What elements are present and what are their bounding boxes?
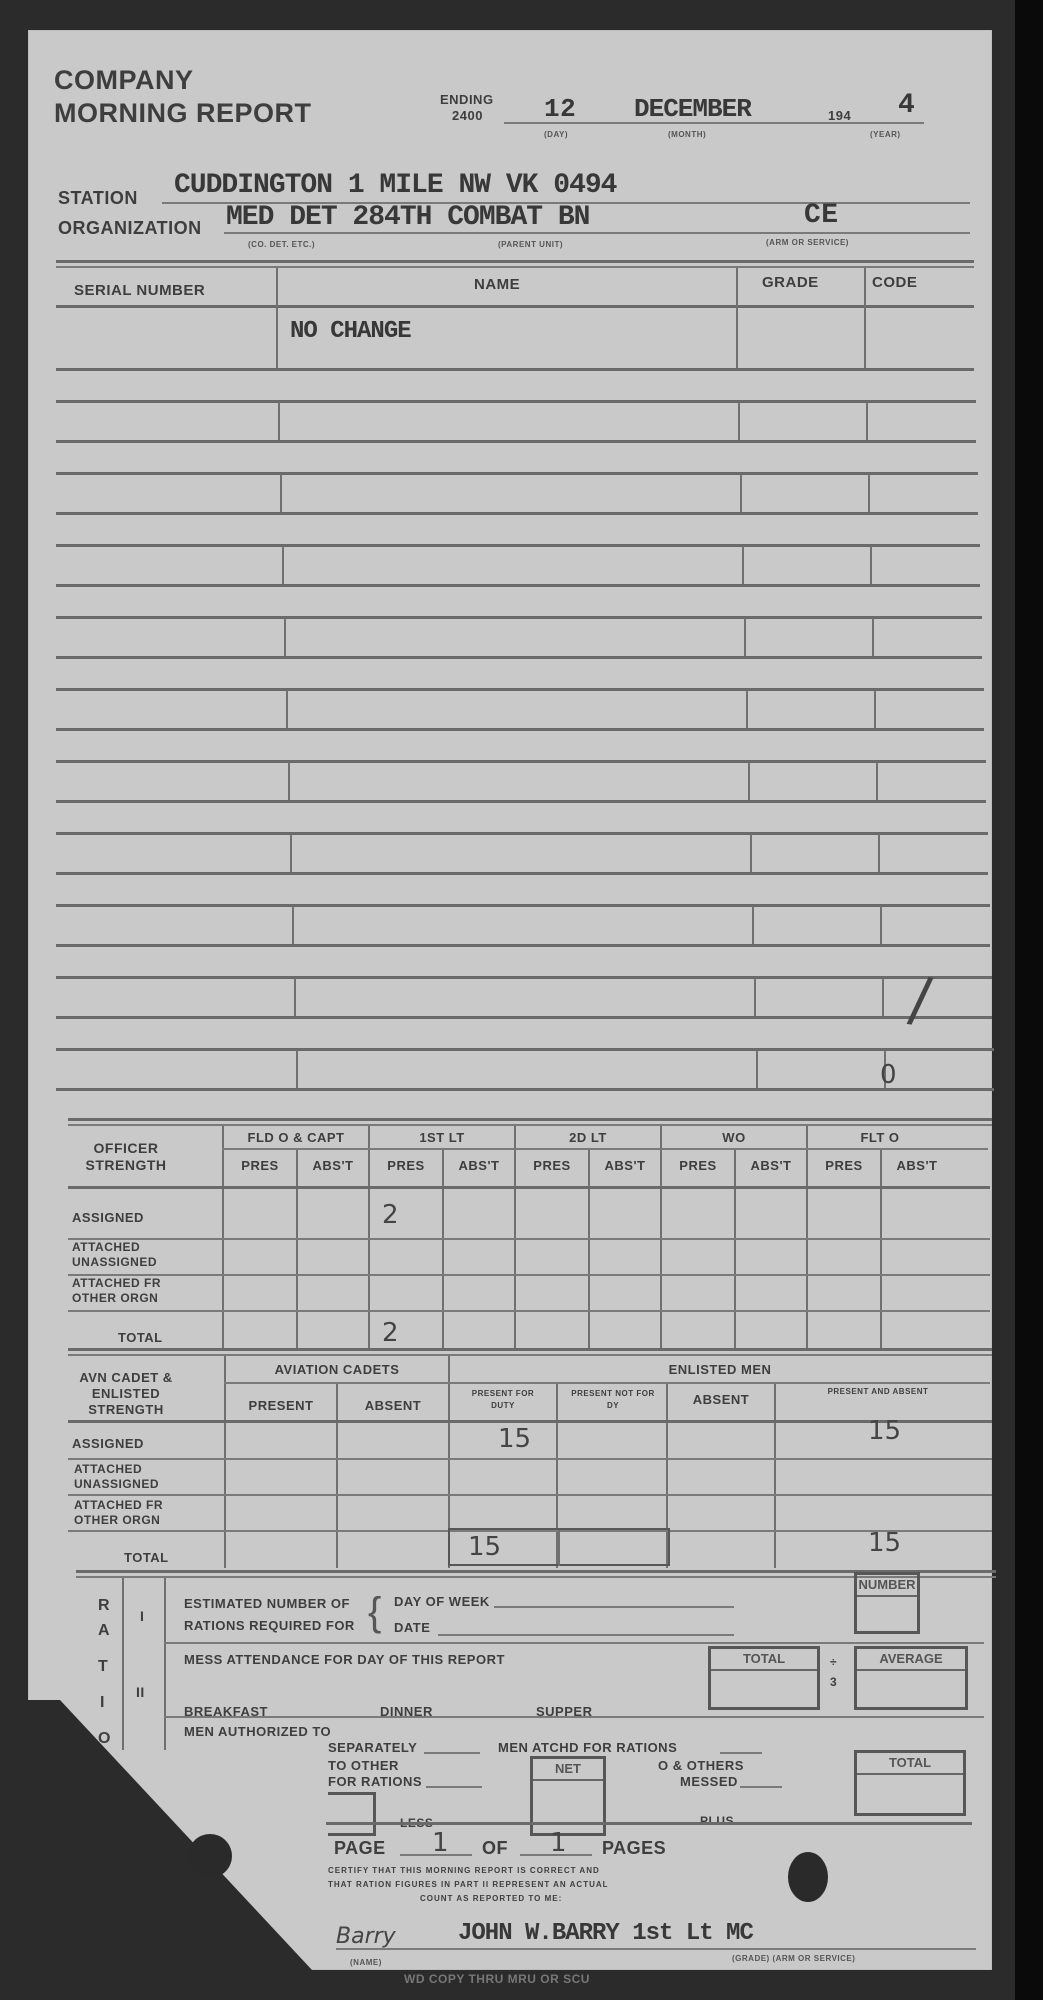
ration-side-label-t: T	[98, 1658, 118, 1676]
report-month: DECEMBER	[634, 94, 751, 124]
mess-attendance-label: MESS ATTENDANCE FOR DAY OF THIS REPORT	[184, 1652, 505, 1667]
organization-value: MED DET 284TH COMBAT BN	[226, 202, 589, 233]
year-prefix: 194	[828, 108, 851, 123]
ending-time: 2400	[452, 108, 483, 123]
arm-caption: (ARM OR SERVICE)	[766, 238, 849, 247]
co-det-caption: (CO. DET. ETC.)	[248, 240, 315, 249]
of-label: OF	[482, 1838, 508, 1859]
scan-edge	[1015, 0, 1043, 2000]
margin-pencil-zero: 0	[880, 1060, 897, 1090]
enlisted-row-attached-fr-other: ATTACHED FR OTHER ORGN	[74, 1498, 194, 1528]
enlisted-row-attached-unassigned: ATTACHED UNASSIGNED	[74, 1462, 194, 1492]
rations-required-label: RATIONS REQUIRED FOR	[184, 1618, 355, 1633]
certify-line-3: COUNT AS REPORTED TO ME:	[420, 1894, 562, 1903]
arm-of-service-value: CE	[804, 200, 839, 231]
group-enlisted-men: ENLISTED MEN	[450, 1362, 990, 1377]
punch-hole-icon	[188, 1834, 232, 1878]
signer-name-grade: JOHN W.BARRY 1st Lt MC	[458, 1920, 753, 1947]
sub-pres: PRES	[662, 1158, 734, 1173]
officer-row-assigned: ASSIGNED	[72, 1210, 144, 1225]
enlisted-row-total: TOTAL	[124, 1550, 169, 1565]
sub-abs: ABS'T	[736, 1158, 806, 1173]
number-box-caption: NUMBER	[857, 1575, 917, 1597]
officer-assigned-1st-lt-pres: 2	[382, 1200, 399, 1230]
sub-abs: ABS'T	[882, 1158, 952, 1173]
year-caption: (YEAR)	[870, 130, 901, 139]
organization-label: ORGANIZATION	[58, 218, 202, 239]
sub-pres: PRES	[516, 1158, 588, 1173]
to-other-label: TO OTHER	[328, 1758, 399, 1773]
col-grade: GRADE	[762, 274, 819, 291]
col-name: NAME	[474, 276, 520, 293]
report-year-digit: 4	[898, 90, 915, 121]
officer-total-1st-lt-pres: 2	[382, 1318, 399, 1348]
ending-label: ENDING	[440, 92, 494, 107]
parent-unit-caption: (PARENT UNIT)	[498, 240, 563, 249]
report-day: 12	[544, 94, 576, 124]
plus-label: PLUS	[700, 1814, 734, 1828]
page-total: 1	[550, 1828, 567, 1858]
group-aviation-cadets: AVIATION CADETS	[226, 1362, 448, 1377]
sub-pres: PRES	[370, 1158, 442, 1173]
station-label: STATION	[58, 188, 138, 209]
month-caption: (MONTH)	[668, 130, 706, 139]
ration-side-label-a: A	[98, 1622, 118, 1640]
day-of-week-label: DAY OF WEEK	[394, 1594, 490, 1609]
ration-total-box[interactable]: TOTAL	[854, 1750, 966, 1816]
grade-arm-caption: (GRADE) (ARM OR SERVICE)	[732, 1954, 855, 1963]
average-box[interactable]: AVERAGE	[854, 1646, 968, 1710]
divide-by-three: ÷ 3	[830, 1652, 844, 1692]
messed-label: MESSED	[680, 1774, 738, 1789]
group-2d-lt: 2D LT	[516, 1130, 660, 1145]
separately-label: SEPARATELY	[328, 1740, 417, 1755]
less-box[interactable]	[328, 1792, 376, 1836]
enlisted-assigned-present-for-duty: 15	[498, 1424, 531, 1454]
ration-total-caption: TOTAL	[857, 1753, 963, 1775]
form-title-line1: COMPANY	[54, 65, 194, 95]
estimated-number-label: ESTIMATED NUMBER OF	[184, 1596, 350, 1611]
morning-report-form: COMPANY MORNING REPORT ENDING 2400 12 (D…	[28, 30, 992, 1970]
mess-total-box[interactable]: TOTAL	[708, 1646, 820, 1710]
net-caption: NET	[533, 1759, 603, 1781]
men-authorized-label: MEN AUTHORIZED TO	[184, 1724, 331, 1739]
officer-row-attached-fr-other: ATTACHED FR OTHER ORGN	[72, 1276, 192, 1306]
ration-side-label-i: I	[100, 1694, 120, 1712]
o-others-label: O & OTHERS	[658, 1758, 744, 1773]
station-value: CUDDINGTON 1 MILE NW VK 0494	[174, 170, 616, 201]
date-label: DATE	[394, 1620, 430, 1635]
sub-pres: PRES	[224, 1158, 296, 1173]
col-enlisted-absent: ABSENT	[668, 1392, 774, 1407]
ration-side-label-r: R	[98, 1590, 118, 1622]
enlisted-row-assigned: ASSIGNED	[72, 1436, 144, 1451]
certify-line-2: THAT RATION FIGURES IN PART II REPRESENT…	[328, 1880, 609, 1889]
col-serial-number: SERIAL NUMBER	[74, 282, 205, 299]
sub-abs: ABS'T	[298, 1158, 368, 1173]
sub-pres: PRES	[808, 1158, 880, 1173]
brace-icon: {	[368, 1590, 381, 1635]
officer-row-attached-unassigned: ATTACHED UNASSIGNED	[72, 1240, 192, 1270]
officer-row-total: TOTAL	[118, 1330, 163, 1345]
enlisted-strength-title: AVN CADET & ENLISTED STRENGTH	[66, 1370, 186, 1418]
col-present-and-absent: PRESENT AND ABSENT	[818, 1386, 938, 1398]
page-number: 1	[432, 1828, 449, 1858]
day-caption: (DAY)	[544, 130, 568, 139]
average-caption: AVERAGE	[857, 1649, 965, 1671]
col-present-for-duty: PRESENT FOR DUTY	[464, 1388, 542, 1412]
enlisted-total-present-and-absent: 15	[868, 1528, 901, 1558]
officer-strength-title: OFFICER STRENGTH	[66, 1140, 186, 1174]
name-caption: (NAME)	[350, 1958, 382, 1967]
col-cadet-absent: ABSENT	[338, 1398, 448, 1413]
page-label: PAGE	[334, 1838, 386, 1859]
part-1-numeral: I	[140, 1608, 144, 1624]
roster-row-1-name: NO CHANGE	[290, 318, 411, 345]
pages-label: PAGES	[602, 1838, 666, 1859]
group-fld-o-capt: FLD O & CAPT	[224, 1130, 368, 1145]
sub-abs: ABS'T	[590, 1158, 660, 1173]
col-present-not-for-duty: PRESENT NOT FOR DY	[568, 1388, 658, 1412]
number-box[interactable]: NUMBER	[854, 1572, 920, 1634]
margin-pencil-mark: /	[905, 964, 935, 1036]
wd-copy-label: WD COPY THRU MRU OR SCU	[404, 1972, 590, 1986]
form-title-line2: MORNING REPORT	[54, 98, 312, 128]
mess-total-caption: TOTAL	[711, 1649, 817, 1671]
col-cadet-present: PRESENT	[226, 1398, 336, 1413]
for-rations-label: FOR RATIONS	[328, 1774, 422, 1789]
group-flt-o: FLT O	[808, 1130, 952, 1145]
certify-line-1: CERTIFY THAT THIS MORNING REPORT IS CORR…	[328, 1866, 600, 1875]
enlisted-assigned-present-and-absent: 15	[868, 1416, 901, 1446]
sub-abs: ABS'T	[444, 1158, 514, 1173]
men-atchd-label: MEN ATCHD FOR RATIONS	[498, 1740, 677, 1755]
col-code: CODE	[872, 274, 917, 291]
signature: Barry	[336, 1924, 396, 1949]
punch-hole-icon	[788, 1852, 828, 1902]
group-wo: WO	[662, 1130, 806, 1145]
enlisted-total-present-for-duty: 15	[468, 1532, 501, 1562]
group-1st-lt: 1ST LT	[370, 1130, 514, 1145]
part-2-numeral: II	[136, 1684, 145, 1700]
